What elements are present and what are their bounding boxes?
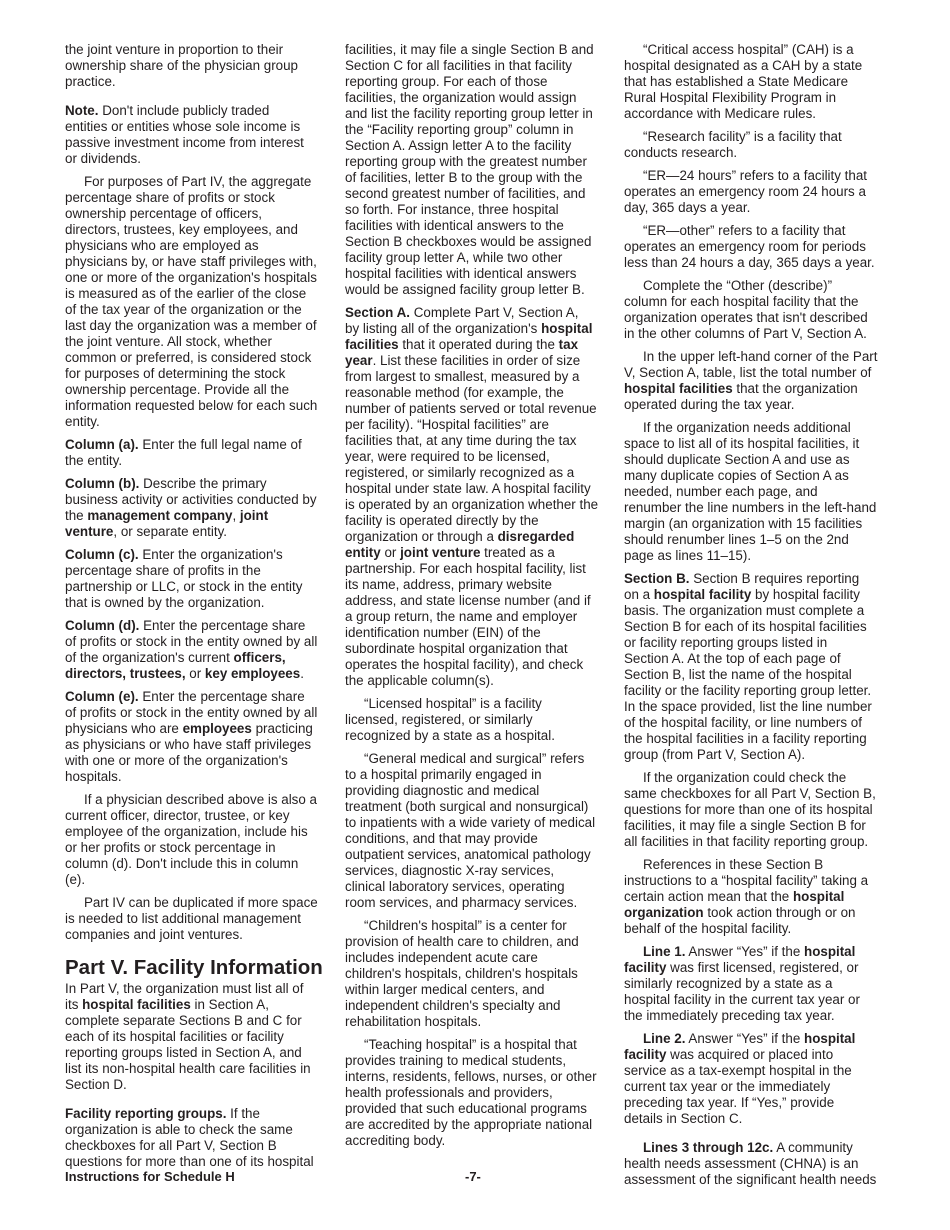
text-line: health professionals and providers, — [345, 1085, 613, 1101]
text-run: If a physician described above is also a — [84, 792, 317, 807]
text-line: from largest to smallest, measured by a — [345, 369, 613, 385]
text-run: independent children's specialty and — [345, 998, 560, 1013]
text-line: facility is operated directly by the — [345, 513, 613, 529]
text-run: percentage share of profits or stock — [65, 190, 275, 205]
text-run: “ER—24 hours” refers to a facility that — [643, 168, 867, 183]
text-line: registered, or similarly recognized as a — [345, 465, 613, 481]
text-run: day, 365 days a year. — [624, 200, 750, 215]
text-run: Section B for each of its hospital facil… — [624, 619, 867, 634]
text-line: Part IV can be duplicated if more space — [65, 895, 333, 911]
bold-term: hospital — [541, 321, 592, 336]
text-run: In the space provided, list the line num… — [624, 699, 872, 714]
text-line: conducts research. — [624, 145, 892, 161]
paragraph: Complete the “Other (describe)”column fo… — [624, 278, 892, 342]
text-run: per facility). “Hospital facilities” are — [345, 417, 549, 432]
text-run: reporting groups listed in Section A, an… — [65, 1045, 302, 1060]
text-line: the management company, joint — [65, 508, 333, 524]
text-line: Note. Don't include publicly traded — [65, 103, 333, 119]
section-heading: Part V. Facility Information — [65, 957, 333, 979]
text-line: margin (an organization with 15 faciliti… — [624, 516, 892, 532]
text-line: questions for more than one of its hospi… — [624, 802, 892, 818]
text-line: subordinate hospital organization that — [345, 641, 613, 657]
paragraph: Column (b). Describe the primarybusiness… — [65, 476, 333, 540]
text-line: with one or more of the organization's — [65, 753, 333, 769]
bold-term: management company — [87, 508, 232, 523]
text-run: with one or more of the organization's — [65, 753, 288, 768]
text-run: services, diagnostic X-ray services, — [345, 863, 554, 878]
text-run: for purposes of determining the stock — [65, 366, 285, 381]
text-line: operates the hospital facility), and che… — [345, 657, 613, 673]
text-run: “Research facility” is a facility that — [643, 129, 842, 144]
text-line: organization is able to check the same — [65, 1122, 333, 1138]
text-line: Complete the “Other (describe)” — [624, 278, 892, 294]
text-line: group (from Part V, Section A). — [624, 747, 892, 763]
text-line: recognized by a state as a hospital. — [345, 728, 613, 744]
text-line: room services, and pharmacy services. — [345, 895, 613, 911]
text-run: hospitals. — [65, 769, 122, 784]
text-line: reporting group. For each of those — [345, 74, 613, 90]
text-line: practice. — [65, 74, 333, 90]
text-run: Enter the organization's — [139, 547, 283, 562]
text-run: For purposes of Part IV, the aggregate — [84, 174, 311, 189]
text-run: the hospital facilities in a facility re… — [624, 731, 867, 746]
text-line: as physicians or who have staff privileg… — [65, 737, 333, 753]
text-run: same checkboxes for all Part V, Section … — [624, 786, 876, 801]
text-run: facility group letter A, while two other — [345, 250, 562, 265]
text-line: same checkboxes for all Part V, Section … — [624, 786, 892, 802]
text-run: year, were required to be licensed, — [345, 449, 550, 464]
paragraph: In Part V, the organization must list al… — [65, 981, 333, 1093]
text-line: to a hospital primarily engaged in — [345, 767, 613, 783]
text-run: details in Section C. — [624, 1111, 742, 1126]
text-line: physicians who are employed as — [65, 238, 333, 254]
text-line: all facilities in that facility reportin… — [624, 834, 892, 850]
text-line: basis. The organization must complete a — [624, 603, 892, 619]
text-run: employee of the organization, include hi… — [65, 824, 308, 839]
text-run: the “Facility reporting group” column in — [345, 122, 573, 137]
text-line: business activity or activities conducte… — [65, 492, 333, 508]
text-run: organization operates that isn't describ… — [624, 310, 868, 325]
text-line: Column (b). Describe the primary — [65, 476, 333, 492]
text-run: operates an emergency room for periods — [624, 239, 866, 254]
text-run: Section B, list the name of the hospital — [624, 667, 852, 682]
text-run: hospital under state law. A hospital fac… — [345, 481, 591, 496]
text-run: facilities, it may file a single Section… — [345, 42, 594, 57]
text-run: companies and joint ventures. — [65, 927, 243, 942]
text-run: facilities, the organization would assig… — [345, 90, 577, 105]
text-line: In Part V, the organization must list al… — [65, 981, 333, 997]
text-line: organization operates that isn't describ… — [624, 310, 892, 326]
text-run: health professionals and providers, — [345, 1085, 553, 1100]
text-line: Rural Hospital Flexibility Program in — [624, 90, 892, 106]
text-line: current tax year or the immediately — [624, 1079, 892, 1095]
text-run: clinical laboratory services, operating — [345, 879, 565, 894]
paragraph: Section A. Complete Part V, Section A,by… — [345, 305, 613, 689]
text-line: If the organization needs additional — [624, 420, 892, 436]
text-run: entity. — [65, 414, 100, 429]
bold-term: organization — [624, 905, 704, 920]
text-run: directors, trustees, key employees, and — [65, 222, 298, 237]
text-run: hospital designated as a CAH by a state — [624, 58, 862, 73]
text-run: of the tax year of the organization or t… — [65, 302, 302, 317]
text-run: or facility reporting groups listed in — [624, 635, 827, 650]
text-run: accordance with Medicare rules. — [624, 106, 816, 121]
text-run: the immediately preceding tax year. — [624, 1008, 835, 1023]
text-run: Section B requires reporting — [689, 571, 859, 586]
column-3: “Critical access hospital” (CAH) is ahos… — [624, 42, 892, 1195]
text-line: In the space provided, list the line num… — [624, 699, 892, 715]
text-line: preceding tax year. If “Yes,” provide — [624, 1095, 892, 1111]
text-line: hospital designated as a CAH by a state — [624, 58, 892, 74]
text-run: hospital facility in the current tax yea… — [624, 992, 860, 1007]
text-line: Column (a). Enter the full legal name of — [65, 437, 333, 453]
text-run: physicians who are — [65, 721, 183, 736]
text-run: that is owned by the organization. — [65, 595, 265, 610]
text-run: is measured as of the earlier of the clo… — [65, 286, 306, 301]
text-line: partnership or LLC, or stock in the enti… — [65, 579, 333, 595]
text-run: reasonable method (for example, the — [345, 385, 564, 400]
text-line: is operated by an organization whether t… — [345, 497, 613, 513]
bold-term: Column (d). — [65, 618, 139, 633]
text-run: from largest to smallest, measured by a — [345, 369, 579, 384]
text-run: treatment (both surgical and nonsurgical… — [345, 799, 588, 814]
text-line: In the upper left-hand corner of the Par… — [624, 349, 892, 365]
text-line: Section D. — [65, 1077, 333, 1093]
text-run: licensed, registered, or similarly — [345, 712, 533, 727]
text-run: that the organization — [733, 381, 858, 396]
text-run: common or preferred, is considered stock — [65, 350, 311, 365]
text-line: Section B, list the name of the hospital — [624, 667, 892, 683]
text-line: provision of health care to children, an… — [345, 934, 613, 950]
text-run: V, Section A, table, list the total numb… — [624, 365, 871, 380]
text-line: Section B for each of its hospital facil… — [624, 619, 892, 635]
text-run: to a hospital primarily engaged in — [345, 767, 542, 782]
text-run: passive investment income from interest — [65, 135, 304, 150]
text-line: services, diagnostic X-ray services, — [345, 863, 613, 879]
bold-term: entity — [345, 545, 381, 560]
text-run: less than 24 hours a day, 365 days a yea… — [624, 255, 875, 270]
text-line: the hospital facilities in a facility re… — [624, 731, 892, 747]
text-run: ownership percentage. Provide all the — [65, 382, 289, 397]
text-run: children's hospitals, children's hospita… — [345, 966, 578, 981]
bold-term: Column (a). — [65, 437, 139, 452]
text-line: “Licensed hospital” is a facility — [345, 696, 613, 712]
text-line: per facility). “Hospital facilities” are — [345, 417, 613, 433]
paragraph: Line 2. Answer “Yes” if the hospitalfaci… — [624, 1031, 892, 1127]
text-run: provides training to medical students, — [345, 1053, 566, 1068]
text-line: one or more of the organization's hospit… — [65, 270, 333, 286]
bold-term: Column (b). — [65, 476, 139, 491]
text-line: list its non-hospital health care facili… — [65, 1061, 333, 1077]
text-line: facilities, it may file a single Section… — [345, 42, 613, 58]
paragraph: If a physician described above is also a… — [65, 792, 333, 888]
text-run: provided that such educational programs — [345, 1101, 587, 1116]
text-line: page as lines 11–15). — [624, 548, 892, 564]
text-run: facilities with identical answers to the — [345, 218, 564, 233]
text-run: needed, number each page, and — [624, 484, 818, 499]
text-run: , — [232, 508, 239, 523]
paragraph: the joint venture in proportion to their… — [65, 42, 333, 90]
text-line: similarly recognized by a state as a — [624, 976, 892, 992]
text-line: within larger medical centers, and — [345, 982, 613, 998]
text-line: year, were required to be licensed, — [345, 449, 613, 465]
text-run: operates an emergency room 24 hours a — [624, 184, 866, 199]
text-run: If the — [226, 1106, 260, 1121]
text-run: Describe the primary — [139, 476, 266, 491]
text-run: ownership share of the physician group — [65, 58, 298, 73]
text-line: If a physician described above is also a — [65, 792, 333, 808]
text-run: treated as a — [480, 545, 554, 560]
text-line: Facility reporting groups. If the — [65, 1106, 333, 1122]
text-line: provides training to medical students, — [345, 1053, 613, 1069]
paragraph: “ER—24 hours” refers to a facility thato… — [624, 168, 892, 216]
text-line: by listing all of the organization's hos… — [345, 321, 613, 337]
text-run: information requested below for each suc… — [65, 398, 317, 413]
text-line: questions for more than one of its hospi… — [65, 1154, 333, 1170]
text-line: facility or the facility reporting group… — [624, 683, 892, 699]
text-line: behalf of the hospital facility. — [624, 921, 892, 937]
bold-term: Line 1. — [643, 944, 685, 959]
text-run: . List these facilities in order of size — [373, 353, 581, 368]
text-run: If the organization could check the — [643, 770, 846, 785]
text-line: directors, trustees, key employees, and — [65, 222, 333, 238]
text-line: accordance with Medicare rules. — [624, 106, 892, 122]
text-line: physicians by, or have staff privileges … — [65, 254, 333, 270]
text-line: the “Facility reporting group” column in — [345, 122, 613, 138]
paragraph: Lines 3 through 12c. A communityhealth n… — [624, 1140, 892, 1188]
text-run: percentage share of profits in the — [65, 563, 261, 578]
text-run: was first licensed, registered, or — [666, 960, 858, 975]
paragraph: Section B. Section B requires reportingo… — [624, 571, 892, 763]
bold-term: Lines 3 through 12c. — [643, 1140, 773, 1155]
text-line: hospital under state law. A hospital fac… — [345, 481, 613, 497]
text-run: “ER—other” refers to a facility that — [643, 223, 845, 238]
text-line: conditions, and that may provide — [345, 831, 613, 847]
text-line: the immediately preceding tax year. — [624, 1008, 892, 1024]
text-line: identification number (EIN) of the — [345, 625, 613, 641]
text-run: of profits or stock in the entity owned … — [65, 634, 317, 649]
text-line: of facilities, letter B to the group wit… — [345, 170, 613, 186]
paragraph: “ER—other” refers to a facility thatoper… — [624, 223, 892, 271]
bold-term: year — [345, 353, 373, 368]
text-run: its — [65, 997, 82, 1012]
text-run: or dividends. — [65, 151, 141, 166]
paragraph: Column (e). Enter the percentage shareof… — [65, 689, 333, 785]
text-run: reporting group with the greatest number — [345, 154, 587, 169]
text-line: operates an emergency room for periods — [624, 239, 892, 255]
text-line: rehabilitation hospitals. — [345, 1014, 613, 1030]
text-line: each of its hospital facilities or facil… — [65, 1029, 333, 1045]
text-run: subordinate hospital organization that — [345, 641, 568, 656]
paragraph: “General medical and surgical” refersto … — [345, 751, 613, 911]
text-run: business activity or activities conducte… — [65, 492, 317, 507]
paragraph: facilities, it may file a single Section… — [345, 42, 613, 298]
paragraph: If the organization needs additionalspac… — [624, 420, 892, 564]
text-run: Part IV can be duplicated if more space — [84, 895, 318, 910]
bold-term: Section A. — [345, 305, 410, 320]
text-run: Don't include publicly traded — [98, 103, 269, 118]
text-run: operates the hospital facility), and che… — [345, 657, 583, 672]
text-run: that has established a State Medicare — [624, 74, 848, 89]
column-2: facilities, it may file a single Section… — [345, 42, 613, 1156]
text-run: renumber the line numbers in the left-ha… — [624, 500, 876, 515]
text-run: took action through or on — [704, 905, 856, 920]
text-line: Section B checkboxes would be assigned — [345, 234, 613, 250]
text-run: column for each hospital facility that t… — [624, 294, 858, 309]
text-line: many duplicate copies of Section A as — [624, 468, 892, 484]
text-run: list its non-hospital health care facili… — [65, 1061, 311, 1076]
text-run: should renumber lines 1–5 on the 2nd — [624, 532, 849, 547]
text-run: In the upper left-hand corner of the Par… — [643, 349, 877, 364]
paragraph: “Teaching hospital” is a hospital thatpr… — [345, 1037, 613, 1149]
paragraph: “Licensed hospital” is a facilitylicense… — [345, 696, 613, 744]
text-run: the — [65, 508, 87, 523]
text-run: Enter the full legal name of — [139, 437, 302, 452]
text-run: questions for more than one of its hospi… — [624, 802, 873, 817]
text-line: entity. — [65, 414, 333, 430]
text-line: For purposes of Part IV, the aggregate — [65, 174, 333, 190]
text-run: many duplicate copies of Section A as — [624, 468, 849, 483]
text-run: its name, address, primary website — [345, 577, 552, 592]
text-run: includes independent acute care — [345, 950, 538, 965]
text-run: address, and state license number (and i… — [345, 593, 591, 608]
text-line: V, Section A, table, list the total numb… — [624, 365, 892, 381]
text-line: second greatest number of facilities, an… — [345, 186, 613, 202]
text-run: basis. The organization must complete a — [624, 603, 864, 618]
text-run: instructions to a “hospital facility” ta… — [624, 873, 868, 888]
text-run: hospital facilities with identical answe… — [345, 266, 576, 281]
bold-term: Column (e). — [65, 689, 139, 704]
text-line: information requested below for each suc… — [65, 398, 333, 414]
text-run: second greatest number of facilities, an… — [345, 186, 585, 201]
text-run: of the organization's current — [65, 650, 234, 665]
text-run: on a — [624, 587, 654, 602]
text-run: Section A. At the top of each page of — [624, 651, 841, 666]
text-line: is needed to list additional management — [65, 911, 333, 927]
text-line: the entity. — [65, 453, 333, 469]
text-line: hospital facility in the current tax yea… — [624, 992, 892, 1008]
text-run: partnership. For each hospital facility,… — [345, 561, 586, 576]
text-line: instructions to a “hospital facility” ta… — [624, 873, 892, 889]
text-line: column for each hospital facility that t… — [624, 294, 892, 310]
text-run: Complete Part V, Section A, — [410, 305, 578, 320]
text-line: venture, or separate entity. — [65, 524, 333, 540]
text-run: Answer “Yes” if the — [685, 944, 804, 959]
bold-term: Facility reporting groups. — [65, 1106, 226, 1121]
paragraph: References in these Section Binstruction… — [624, 857, 892, 937]
text-line: Section A. Complete Part V, Section A, — [345, 305, 613, 321]
text-run: ownership percentage of officers, — [65, 206, 262, 221]
text-line: or her profits or stock percentage in — [65, 840, 333, 856]
text-run: References in these Section B — [643, 857, 823, 872]
text-run: In Part V, the organization must list al… — [65, 981, 303, 996]
text-run: space to list all of its hospital facili… — [624, 436, 859, 451]
text-run: a group return, the name and employer — [345, 609, 577, 624]
text-line: its hospital facilities in Section A, — [65, 997, 333, 1013]
bold-term: hospital facilities — [624, 381, 733, 396]
text-line: Section B. Section B requires reporting — [624, 571, 892, 587]
text-line: year. List these facilities in order of … — [345, 353, 613, 369]
text-run: as physicians or who have staff privileg… — [65, 737, 311, 752]
text-line: the applicable column(s). — [345, 673, 613, 689]
text-run: providing diagnostic and medical — [345, 783, 539, 798]
text-line: Section A. At the top of each page of — [624, 651, 892, 667]
text-line: children's hospitals, children's hospita… — [345, 966, 613, 982]
text-run: (e). — [65, 872, 85, 887]
text-run: “Licensed hospital” is a facility — [364, 696, 542, 711]
text-line: hospitals. — [65, 769, 333, 785]
text-run: column (d). Don't include this in column — [65, 856, 298, 871]
text-line: passive investment income from interest — [65, 135, 333, 151]
text-line: hospital facilities that the organizatio… — [624, 381, 892, 397]
text-run: organization or through a — [345, 529, 498, 544]
text-run: of profits or stock in the entity owned … — [65, 705, 317, 720]
text-run: identification number (EIN) of the — [345, 625, 541, 640]
text-line: Line 2. Answer “Yes” if the hospital — [624, 1031, 892, 1047]
text-run: provision of health care to children, an… — [345, 934, 579, 949]
text-run: Rural Hospital Flexibility Program in — [624, 90, 836, 105]
text-run: physicians who are employed as — [65, 238, 259, 253]
text-line: of the tax year of the organization or t… — [65, 302, 333, 318]
text-line: Section C for all facilities in that fac… — [345, 58, 613, 74]
text-line: address, and state license number (and i… — [345, 593, 613, 609]
text-line: or dividends. — [65, 151, 333, 167]
text-line: employee of the organization, include hi… — [65, 824, 333, 840]
text-line: “ER—24 hours” refers to a facility that — [624, 168, 892, 184]
paragraph: “Research facility” is a facility thatco… — [624, 129, 892, 161]
text-run: in Section A, — [191, 997, 269, 1012]
text-line: providing diagnostic and medical — [345, 783, 613, 799]
text-line: Column (d). Enter the percentage share — [65, 618, 333, 634]
text-run: is operated by an organization whether t… — [345, 497, 598, 512]
text-run: practice. — [65, 74, 116, 89]
text-line: Column (e). Enter the percentage share — [65, 689, 333, 705]
text-run: conducts research. — [624, 145, 737, 160]
text-line: renumber the line numbers in the left-ha… — [624, 500, 892, 516]
text-run: Section B checkboxes would be assigned — [345, 234, 591, 249]
text-run: or — [186, 666, 205, 681]
text-line: companies and joint ventures. — [65, 927, 333, 943]
text-line: “Research facility” is a facility that — [624, 129, 892, 145]
text-run: . — [300, 666, 304, 681]
text-run: Enter the percentage share — [139, 689, 305, 704]
bold-term: employees — [183, 721, 252, 736]
bold-term: venture — [65, 524, 113, 539]
text-line: Lines 3 through 12c. A community — [624, 1140, 892, 1156]
text-line: of the organization's current officers, — [65, 650, 333, 666]
text-run: complete separate Sections B and C for — [65, 1013, 302, 1028]
text-line: Line 1. Answer “Yes” if the hospital — [624, 944, 892, 960]
paragraph: Column (d). Enter the percentage shareof… — [65, 618, 333, 682]
text-line: space to list all of its hospital facili… — [624, 436, 892, 452]
text-line: and list the facility reporting group le… — [345, 106, 613, 122]
text-run: number of patients served or total reven… — [345, 401, 597, 416]
text-line: facility group letter A, while two other — [345, 250, 613, 266]
text-line: clinical laboratory services, operating — [345, 879, 613, 895]
text-line: facility was first licensed, registered,… — [624, 960, 892, 976]
text-line: current officer, director, trustee, or k… — [65, 808, 333, 824]
text-run: health needs assessment (CHNA) is an — [624, 1156, 858, 1171]
text-line: service as a tax-exempt hospital in the — [624, 1063, 892, 1079]
text-line: “ER—other” refers to a facility that — [624, 223, 892, 239]
text-line: reporting group with the greatest number — [345, 154, 613, 170]
text-line: facilities that it operated during the t… — [345, 337, 613, 353]
text-run: current tax year or the immediately — [624, 1079, 830, 1094]
text-run: all facilities in that facility reportin… — [624, 834, 868, 849]
text-run: recognized by a state as a hospital. — [345, 728, 555, 743]
bold-term: hospital — [804, 944, 855, 959]
footer-page-number: -7- — [465, 1169, 481, 1184]
